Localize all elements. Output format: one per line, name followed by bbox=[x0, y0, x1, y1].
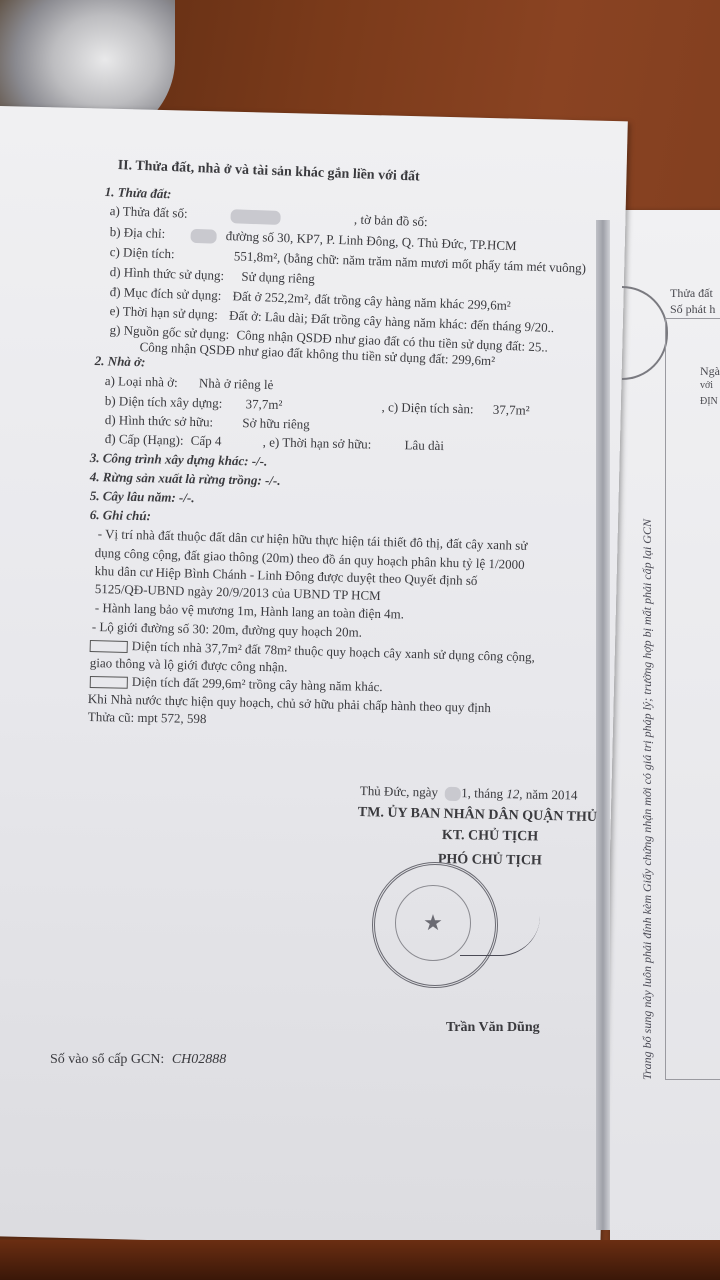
house-heading: 2. Nhà ở: bbox=[95, 353, 146, 370]
build-area-value: 37,7m² bbox=[245, 396, 282, 412]
purpose-label: đ) Mục đích sử dụng: bbox=[109, 284, 221, 303]
origin-label: g) Nguồn gốc sử dụng: bbox=[109, 322, 229, 342]
redacted-day bbox=[445, 787, 461, 801]
signing-date: Thủ Đức, ngày 1, tháng 12, năm 2014 bbox=[360, 783, 578, 804]
date-day: 1 bbox=[461, 785, 468, 800]
house-type-label: a) Loại nhà ở: bbox=[105, 373, 178, 390]
parcel-label: a) Thửa đất số: bbox=[109, 203, 187, 221]
grade-label: đ) Cấp (Hạng): bbox=[105, 431, 184, 448]
side-cell-2: với bbox=[700, 380, 713, 391]
grade-value: Cấp 4 bbox=[191, 433, 222, 449]
other-item-5: 5. Cây lâu năm: -/-. bbox=[90, 488, 195, 506]
section-title: II. Thửa đất, nhà ở và tài sản khác gắn … bbox=[117, 158, 420, 186]
document-content: II. Thửa đất, nhà ở và tài sản khác gắn … bbox=[0, 0, 720, 1280]
use-form-label: d) Hình thức sử dụng: bbox=[109, 264, 224, 283]
date-month-label: tháng bbox=[474, 785, 503, 801]
side-line-2: Số phát h bbox=[670, 302, 715, 317]
handwritten-signature bbox=[460, 895, 540, 956]
signing-role-1: KT. CHỦ TỊCH bbox=[442, 828, 539, 845]
signing-org: TM. ỦY BAN NHÂN DÂN QUẬN THỦ bbox=[358, 805, 597, 826]
floor-area-label: , c) Diện tích sàn: bbox=[381, 399, 473, 416]
redacted-parcel bbox=[231, 209, 281, 225]
redacted-house-number bbox=[190, 229, 216, 244]
boxed-note-1b: giao thông và lộ giới được công nhận. bbox=[90, 655, 288, 675]
checkbox-mark bbox=[90, 640, 128, 653]
house-type-row: a) Loại nhà ở: Nhà ở riêng lẻ bbox=[105, 373, 274, 393]
ownership-value: Sở hữu riêng bbox=[242, 415, 310, 432]
side-cell-3: ĐỊN bbox=[700, 396, 718, 407]
date-month: 12 bbox=[506, 786, 519, 801]
address-label: b) Địa chỉ: bbox=[109, 224, 165, 241]
house-type-value: Nhà ở riêng lẻ bbox=[199, 375, 274, 392]
side-cell-1: Ngà bbox=[700, 364, 720, 379]
date-year: 2014 bbox=[551, 787, 577, 803]
own-term-value: Lâu dài bbox=[404, 437, 444, 453]
vertical-note: Trang bổ sung này luôn phải đính kèm Giấ… bbox=[640, 519, 655, 1080]
build-area-label: b) Diện tích xây dựng: bbox=[105, 393, 223, 411]
use-form-row: d) Hình thức sử dụng: Sử dụng riêng bbox=[109, 264, 315, 287]
side-table-frame bbox=[665, 318, 720, 1080]
date-year-label: năm bbox=[526, 786, 549, 801]
own-term-label: , e) Thời hạn sở hữu: bbox=[263, 434, 372, 451]
land-heading: 1. Thửa đất: bbox=[104, 184, 171, 202]
signer-name: Trần Văn Dũng bbox=[446, 1020, 540, 1036]
notes-heading: 6. Ghi chú: bbox=[90, 507, 151, 524]
registry-label: Số vào sổ cấp GCN: bbox=[50, 1052, 164, 1067]
ownership-label: d) Hình thức sở hữu: bbox=[105, 412, 214, 429]
checkbox-mark bbox=[90, 676, 128, 689]
date-prefix: Thủ Đức, ngày bbox=[360, 783, 438, 800]
term-label: e) Thời hạn sử dụng: bbox=[109, 303, 218, 322]
side-seal-partial bbox=[622, 286, 668, 380]
registry-value: CH02888 bbox=[172, 1052, 226, 1067]
boxed-note-2-text: Diện tích đất 299,6m² trồng cây hàng năm… bbox=[132, 674, 383, 694]
area-label: c) Diện tích: bbox=[109, 244, 174, 261]
side-line-1: Thửa đất bbox=[670, 286, 713, 301]
other-item-3: 3. Công trình xây dựng khác: -/-. bbox=[90, 450, 268, 470]
registry-row: Số vào sổ cấp GCN: CH02888 bbox=[50, 1052, 226, 1068]
use-form-value: Sử dụng riêng bbox=[241, 269, 315, 287]
ownership-row: d) Hình thức sở hữu: Sở hữu riêng bbox=[105, 412, 310, 433]
other-item-4: 4. Rừng sản xuất là rừng trồng: -/-. bbox=[90, 469, 281, 489]
closing-note-2: Thửa cũ: mpt 572, 598 bbox=[88, 709, 207, 727]
floor-area-value: 37,7m² bbox=[493, 402, 530, 418]
map-sheet-label: , tờ bản đồ số: bbox=[354, 212, 428, 230]
